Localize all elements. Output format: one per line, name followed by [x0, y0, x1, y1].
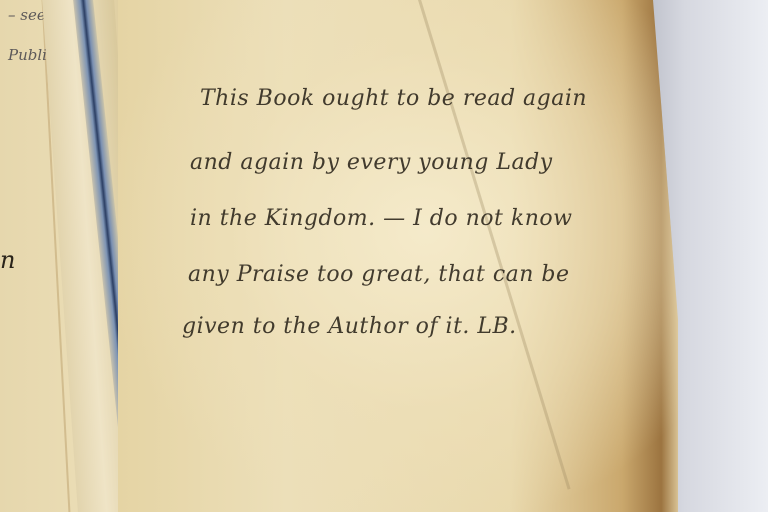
inscription-line-2: and again by every young Lady: [190, 150, 553, 175]
endpaper: [118, 0, 678, 512]
photo-scene: – see DNB Published n This Book ought to…: [0, 0, 768, 512]
inscription-line-5: given to the Author of it. LB.: [182, 314, 517, 339]
inscription-line-4: any Praise too great, that can be: [188, 262, 570, 287]
inscription-line-1: This Book ought to be read again: [200, 86, 587, 111]
paper-crease: [418, 0, 571, 490]
inscription-line-3: in the Kingdom. — I do not know: [190, 206, 572, 231]
text-fragment: n: [0, 246, 15, 274]
